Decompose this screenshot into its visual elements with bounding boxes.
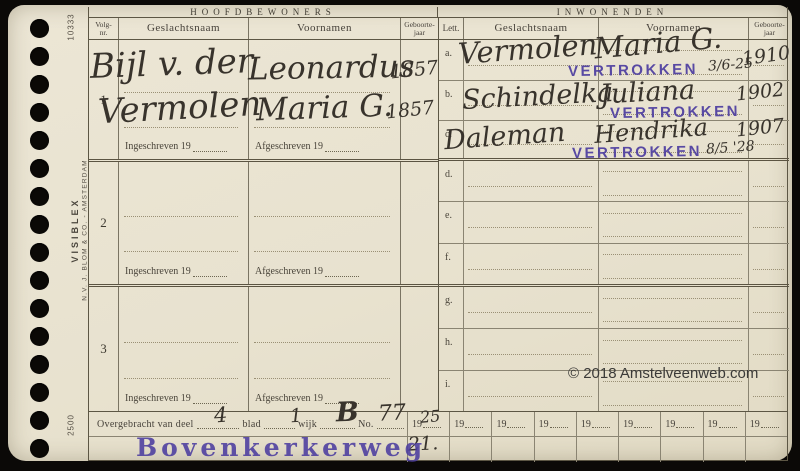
- geboortejaar-cell: [401, 162, 438, 284]
- lett-cell: g.: [439, 287, 464, 328]
- inwonenden-row-e: e.: [439, 202, 789, 244]
- geslachtsnaam-cell: [464, 202, 599, 243]
- voornamen-cell: [599, 329, 749, 370]
- section-titles: HOOFDBEWONERS INWONENDEN: [89, 7, 787, 18]
- geslachtsnaam-cell: [464, 81, 599, 120]
- geslachtsnaam-cell: [464, 329, 599, 370]
- geboortejaar-cell: [749, 244, 790, 284]
- voornamen-cell: [599, 81, 749, 120]
- ingeschreven-label: Ingeschreven 19: [125, 141, 227, 152]
- binder-hole: [30, 103, 49, 122]
- dotted-tail: [634, 420, 652, 428]
- binder-hole: [30, 187, 49, 206]
- inwonenden-body: a. b. c. d.: [438, 40, 789, 411]
- col-geboortejaar-line2: jaar: [414, 29, 425, 37]
- col-voornamen-right: Voornamen: [599, 18, 749, 39]
- lett-cell: e.: [439, 202, 464, 243]
- dotted-tail: [325, 395, 359, 404]
- serial-number-bottom: 2500: [67, 414, 76, 436]
- col-geboortejaar-right: Geboorte- jaar: [749, 18, 790, 39]
- dotted-tail: [193, 268, 227, 277]
- inwonenden-row-a: a.: [439, 40, 789, 81]
- afgeschreven-text: Afgeschreven 19: [255, 393, 323, 404]
- dotted-tail: [465, 420, 483, 428]
- geslachtsnaam-cell: [464, 244, 599, 284]
- year-prefix: 19: [454, 419, 464, 430]
- wijk-label: wijk: [298, 419, 317, 430]
- ingeschreven-text: Ingeschreven 19: [125, 266, 191, 277]
- volgnr-cell: 3: [89, 287, 119, 411]
- voornamen-cell: Afgeschreven 19: [249, 287, 401, 411]
- col-geslachtsnaam-label: Geslachtsnaam: [494, 23, 567, 35]
- year-cell: 19: [407, 412, 449, 436]
- geboortejaar-cell: [749, 287, 790, 328]
- lett-cell: h.: [439, 329, 464, 370]
- volgnr-cell: 1: [89, 40, 119, 159]
- inwonenden-row-b: b.: [439, 81, 789, 121]
- afgeschreven-label: Afgeschreven 19: [255, 141, 359, 152]
- lett-cell: c.: [439, 121, 464, 158]
- section-title-hoofdbewoners: HOOFDBEWONERS: [89, 7, 437, 17]
- voornamen-cell: Afgeschreven 19: [249, 162, 401, 284]
- binder-hole: [30, 271, 49, 290]
- dotted-tail: [719, 420, 737, 428]
- column-headers: Volg- nr. Geslachtsnaam Voornamen Geboor…: [89, 18, 787, 40]
- register-form: HOOFDBEWONERS INWONENDEN Volg- nr. Gesla…: [88, 7, 788, 461]
- ingeschreven-text: Ingeschreven 19: [125, 141, 191, 152]
- empty-cell: [703, 437, 745, 462]
- register-card: 10333 VISIBLEX N.V. J. BLOM & CO. - AMST…: [8, 5, 792, 461]
- col-geslachtsnaam-right: Geslachtsnaam: [464, 18, 599, 39]
- dotted-tail: [325, 268, 359, 277]
- geslachtsnaam-cell: [464, 161, 599, 201]
- year-cell: 19: [576, 412, 618, 436]
- hoofdbewoners-body: 1 Ingeschreven 19 Afgeschreven 19 2 Inge…: [89, 40, 438, 411]
- empty-cell: [491, 437, 533, 462]
- volgnr-value: 2: [100, 215, 107, 231]
- year-prefix: 19: [708, 419, 718, 430]
- geslachtsnaam-cell: Ingeschreven 19: [119, 162, 249, 284]
- dotted-tail: [193, 143, 227, 152]
- empty-cell: [618, 437, 660, 462]
- voornamen-cell: [599, 202, 749, 243]
- geboortejaar-cell: [749, 40, 790, 80]
- geslachtsnaam-cell: [464, 371, 599, 411]
- ingeschreven-text: Ingeschreven 19: [125, 393, 191, 404]
- voornamen-cell: Afgeschreven 19: [249, 40, 401, 159]
- binder-hole: [30, 411, 49, 430]
- dotted-fill: [377, 419, 404, 429]
- geboortejaar-cell: [749, 121, 790, 158]
- afgeschreven-label: Afgeschreven 19: [255, 266, 359, 277]
- year-prefix: 19: [665, 419, 675, 430]
- binder-hole: [30, 215, 49, 234]
- lett-cell: i.: [439, 371, 464, 411]
- street-cell: [89, 437, 407, 462]
- year-cell: 19: [703, 412, 745, 436]
- geslachtsnaam-cell: Ingeschreven 19: [119, 40, 249, 159]
- volgnr-value: 3: [100, 341, 107, 357]
- printer-brand: VISIBLEX: [70, 197, 80, 262]
- dotted-tail: [423, 420, 441, 428]
- empty-cell: [534, 437, 576, 462]
- transfer-cell: Overgebracht van deel blad wijk No.: [89, 412, 407, 436]
- no-label: No.: [358, 419, 374, 430]
- geslachtsnaam-cell: [464, 287, 599, 328]
- inwonenden-row-c: c.: [439, 121, 789, 161]
- dotted-fill: [197, 419, 240, 429]
- inwonenden-row-h: h.: [439, 329, 789, 371]
- voornamen-cell: [599, 40, 749, 80]
- lett-cell: f.: [439, 244, 464, 284]
- binder-hole: [30, 327, 49, 346]
- dotted-tail: [325, 143, 359, 152]
- binder-hole: [30, 439, 49, 458]
- col-geslachtsnaam-left: Geslachtsnaam: [119, 18, 249, 39]
- year-cell: 19: [491, 412, 533, 436]
- year-prefix: 19: [496, 419, 506, 430]
- lett-cell: d.: [439, 161, 464, 201]
- dotted-tail: [761, 420, 779, 428]
- dotted-tail: [193, 395, 227, 404]
- empty-cell: [449, 437, 491, 462]
- year-cell: 19: [449, 412, 491, 436]
- binder-hole: [30, 131, 49, 150]
- lett-cell: b.: [439, 81, 464, 120]
- voornamen-cell: [599, 121, 749, 158]
- binder-hole: [30, 355, 49, 374]
- col-lett-label: Lett.: [443, 24, 460, 33]
- col-voornamen-left: Voornamen: [249, 18, 401, 39]
- binder-hole: [30, 75, 49, 94]
- hoofdbewoners-row-1: 1 Ingeschreven 19 Afgeschreven 19: [89, 40, 438, 162]
- year-prefix: 19: [623, 419, 633, 430]
- col-geboortejaar-line2: jaar: [764, 29, 775, 37]
- binder-hole: [30, 159, 49, 178]
- binder-hole: [30, 299, 49, 318]
- empty-cell: [745, 437, 787, 462]
- year-cell: 19: [618, 412, 660, 436]
- section-title-inwonenden: INWONENDEN: [437, 7, 787, 17]
- transfer-label: Overgebracht van deel: [97, 419, 194, 430]
- blad-label: blad: [242, 419, 260, 430]
- col-voornamen-label: Voornamen: [297, 23, 352, 35]
- geslachtsnaam-cell: [464, 121, 599, 158]
- volgnr-value: 1: [100, 92, 107, 108]
- volgnr-cell: 2: [89, 162, 119, 284]
- year-prefix: 19: [412, 419, 422, 430]
- dotted-tail: [676, 420, 694, 428]
- geslachtsnaam-cell: [464, 40, 599, 80]
- geslachtsnaam-cell: Ingeschreven 19: [119, 287, 249, 411]
- binder-hole: [30, 47, 49, 66]
- year-cell: 19: [660, 412, 702, 436]
- col-geslachtsnaam-label: Geslachtsnaam: [147, 23, 220, 35]
- binder-hole: [30, 243, 49, 262]
- empty-cell: [576, 437, 618, 462]
- geboortejaar-cell: [401, 287, 438, 411]
- inwonenden-row-g: g.: [439, 287, 789, 329]
- ingeschreven-label: Ingeschreven 19: [125, 266, 227, 277]
- geboortejaar-cell: [749, 371, 790, 411]
- geboortejaar-cell: [749, 329, 790, 370]
- col-voornamen-label: Voornamen: [646, 23, 701, 35]
- dotted-fill: [320, 419, 355, 429]
- col-lett: Lett.: [439, 18, 464, 39]
- transfer-band: Overgebracht van deel blad wijk No. 19 1…: [89, 411, 787, 436]
- binder-hole: [30, 383, 49, 402]
- binder-hole: [30, 19, 49, 38]
- year-cell: 19: [745, 412, 787, 436]
- col-geboortejaar-left: Geboorte- jaar: [401, 18, 438, 39]
- geboortejaar-cell: [749, 161, 790, 201]
- col-volgnr-line2: nr.: [100, 29, 108, 37]
- col-volgnr: Volg- nr.: [89, 18, 119, 39]
- street-band: [89, 436, 787, 462]
- afgeschreven-text: Afgeschreven 19: [255, 266, 323, 277]
- hoofdbewoners-row-2: 2 Ingeschreven 19 Afgeschreven 19: [89, 162, 438, 287]
- ingeschreven-label: Ingeschreven 19: [125, 393, 227, 404]
- voornamen-cell: [599, 161, 749, 201]
- dotted-tail: [507, 420, 525, 428]
- inwonenden-row-i: i.: [439, 371, 789, 411]
- voornamen-cell: [599, 244, 749, 284]
- year-cell: 19: [534, 412, 576, 436]
- dotted-tail: [550, 420, 568, 428]
- year-prefix: 19: [750, 419, 760, 430]
- year-prefix: 19: [539, 419, 549, 430]
- empty-cell: [660, 437, 702, 462]
- dotted-fill: [264, 419, 295, 429]
- serial-number-top: 10333: [67, 13, 76, 40]
- afgeschreven-label: Afgeschreven 19: [255, 393, 359, 404]
- dotted-tail: [592, 420, 610, 428]
- voornamen-cell: [599, 371, 749, 411]
- hoofdbewoners-row-3: 3 Ingeschreven 19 Afgeschreven 19: [89, 287, 438, 411]
- lett-cell: a.: [439, 40, 464, 80]
- voornamen-cell: [599, 287, 749, 328]
- geboortejaar-cell: [401, 40, 438, 159]
- inwonenden-row-d: d.: [439, 161, 789, 202]
- year-prefix: 19: [581, 419, 591, 430]
- afgeschreven-text: Afgeschreven 19: [255, 141, 323, 152]
- empty-cell: [407, 437, 449, 462]
- geboortejaar-cell: [749, 81, 790, 120]
- inwonenden-row-f: f.: [439, 244, 789, 287]
- geboortejaar-cell: [749, 202, 790, 243]
